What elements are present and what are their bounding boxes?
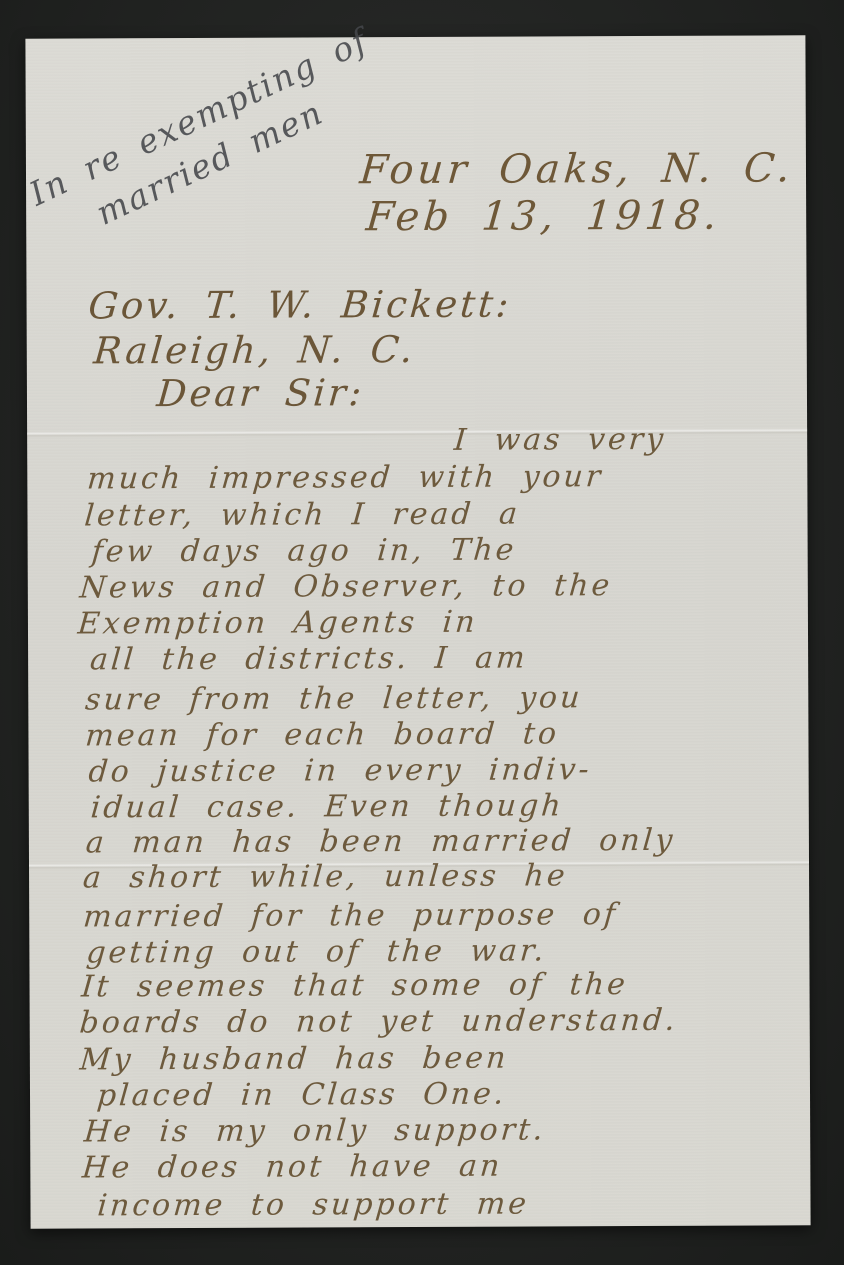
fold-crease [27,428,807,437]
letter-line: It seemes that some of the [80,967,629,1004]
letter-line: placed in Class One. [96,1077,508,1114]
letter-line: do justice in every indiv- [87,752,593,789]
letter-line: He does not have an [81,1149,504,1186]
letter-line: Exemption Agents in [77,605,480,642]
address-line: Raleigh, N. C. [92,328,417,372]
archival-annotation: In re exempting of married men [22,18,395,259]
letter-line: letter, which I read a [83,497,521,534]
letter-line: married for the purpose of [82,897,620,934]
letter-line: much impressed with your [86,459,605,496]
letter-line: News and Observer, to the [78,568,613,605]
letter-line: income to support me [96,1187,530,1224]
letter-line: He is my only support. [83,1112,547,1149]
letter-line: all the districts. I am [89,641,529,678]
recipient-line: Gov. T. W. Bickett: [87,283,514,328]
letter-line: sure from the letter, you [84,680,584,717]
letter-line: My husband has been [78,1041,509,1078]
salutation-line: Dear Sir: [155,371,366,415]
letter-line: boards do not yet understand. [78,1003,679,1041]
dateline-date: Feb 13, 1918. [364,193,722,241]
letter-line: idual case. Even though [89,788,565,825]
letter-line: I was very [453,422,668,458]
letter-line: a man has been married only [84,823,676,861]
scan-background: In re exempting of married men Four Oaks… [0,0,844,1265]
dateline-place: Four Oaks, N. C. [358,145,796,193]
letter-line: a short while, unless he [82,858,569,895]
letter-line: mean for each board to [84,716,561,753]
letter-page: In re exempting of married men Four Oaks… [25,35,810,1228]
letter-line: getting out of the war. [85,933,548,970]
letter-line: few days ago in, The [90,533,518,570]
